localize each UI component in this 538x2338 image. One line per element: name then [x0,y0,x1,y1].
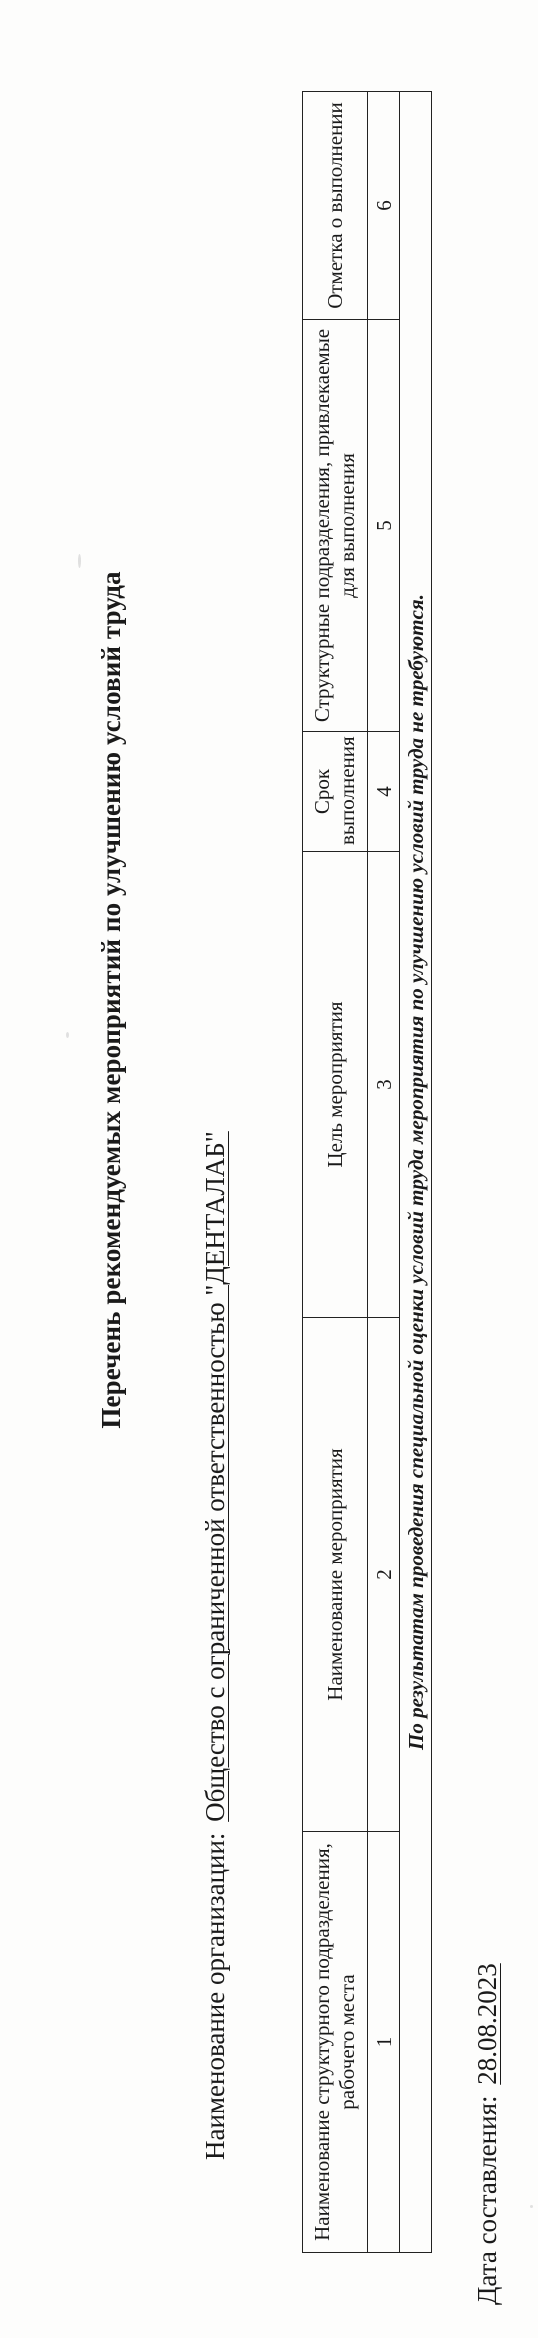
column-header-measure-name: Наименование мероприятия [303,1318,368,1832]
column-number: 3 [368,852,400,1318]
table-header-row: Наименование структурного подразделения,… [303,92,368,2253]
column-header-workplace: Наименование структурного подразделения,… [303,1832,368,2253]
document-page: Перечень рекомендуемых мероприятий по ул… [0,0,538,2338]
organization-name: Общество с ограниченной ответственностью… [200,1131,230,1826]
scan-artifact [66,1032,69,1038]
column-header-departments: Структурные подразделения, привлекаемые … [303,320,368,732]
date-value: 28.08.2023 [472,1959,502,2089]
column-number: 4 [368,732,400,852]
column-number: 1 [368,1832,400,2253]
scan-artifact [530,2205,533,2208]
organization-line: Наименование организации: Общество с огр… [200,1131,231,2160]
column-header-deadline: Срок выполнения [303,732,368,852]
no-measures-note: По результатам проведения специальной оц… [400,92,432,2253]
document-title: Перечень рекомендуемых мероприятий по ул… [96,0,127,2338]
column-number: 2 [368,1318,400,1832]
measures-table: Наименование структурного подразделения,… [302,91,432,2253]
column-header-measure-goal: Цель мероприятия [303,852,368,1318]
date-line: Дата составления: 28.08.2023 [472,1959,503,2305]
scan-artifact [78,554,81,568]
column-number: 6 [368,92,400,320]
column-header-completion-mark: Отметка о выполнении [303,92,368,320]
column-number-row: 1 2 3 4 5 6 [368,92,400,2253]
column-number: 5 [368,320,400,732]
table-note-row: По результатам проведения специальной оц… [400,92,432,2253]
organization-label: Наименование организации: [200,1833,230,2160]
date-label: Дата составления: [472,2096,502,2306]
